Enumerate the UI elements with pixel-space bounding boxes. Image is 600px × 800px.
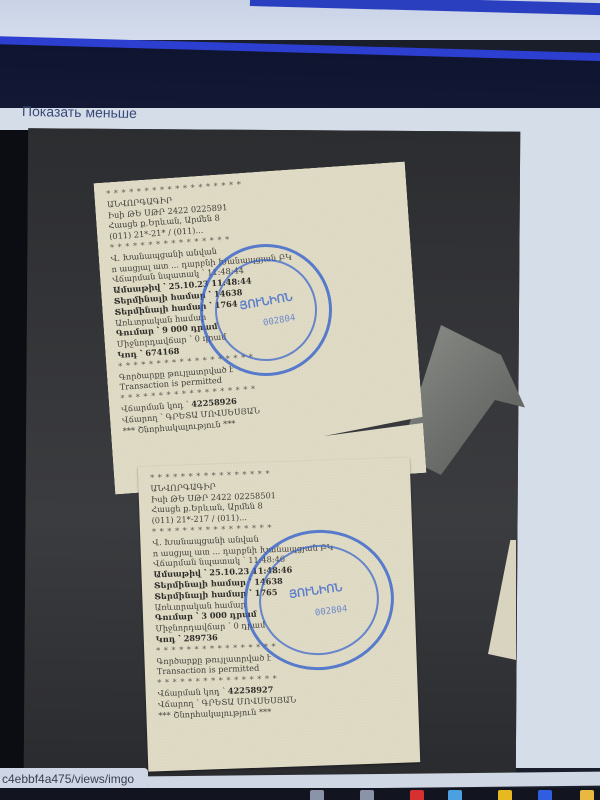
show-less-link[interactable]: Показать меньше <box>22 103 137 121</box>
chart-app-icon[interactable] <box>538 790 552 800</box>
app-icon[interactable] <box>310 790 324 800</box>
payer-label: Վճարող ՝ <box>158 698 199 709</box>
app-icon[interactable] <box>360 790 374 800</box>
status-url: c4ebbf4a475/views/imgo <box>0 768 148 790</box>
stamp-inner-ring <box>252 537 386 663</box>
payment-code: 42258927 <box>228 684 274 696</box>
store-icon[interactable] <box>448 790 462 800</box>
powerbi-icon[interactable] <box>498 790 512 800</box>
stamp-inner-ring <box>207 251 325 369</box>
red-app-icon[interactable] <box>410 790 424 800</box>
folder-icon[interactable] <box>580 790 594 800</box>
